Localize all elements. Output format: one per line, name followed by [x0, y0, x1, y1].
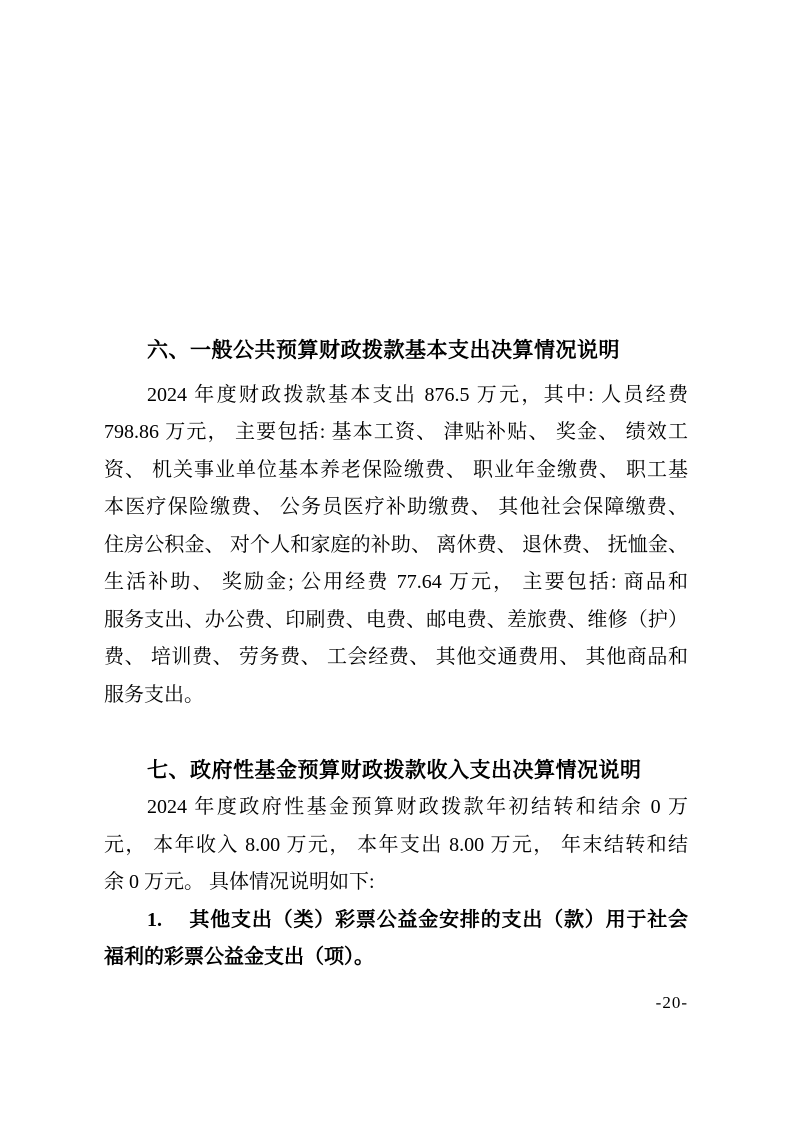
section-6-paragraph: 2024 年度财政拨款基本支出 876.5 万元，其中: 人员经费798.86 … — [104, 377, 688, 715]
text-line: 费、 培训费、 劳务费、 工会经费、 其他交通费用、 其他商品和 — [104, 639, 688, 677]
text-line: 服务支出。 — [104, 677, 688, 715]
text-line: 2024 年度财政拨款基本支出 876.5 万元，其中: 人员经费 — [104, 377, 688, 415]
text-line: 住房公积金、 对个人和家庭的补助、 离休费、 退休费、 抚恤金、 — [104, 527, 688, 565]
text-line: 资、 机关事业单位基本养老保险缴费、 职业年金缴费、 职工基 — [104, 452, 688, 490]
text-line: 元， 本年收入 8.00 万元， 本年支出 8.00 万元， 年末结转和结 — [104, 827, 688, 865]
page-number: -20- — [656, 993, 688, 1013]
section-7-paragraph: 2024 年度政府性基金预算财政拨款年初结转和结余 0 万元， 本年收入 8.0… — [104, 789, 688, 902]
section-6-heading: 六、一般公共预算财政拨款基本支出决算情况说明 — [104, 332, 688, 370]
text-line: 生活补助、 奖励金; 公用经费 77.64 万元， 主要包括: 商品和 — [104, 564, 688, 602]
text-line: 1. 其他支出（类）彩票公益金安排的支出（款）用于社会 — [104, 902, 688, 940]
section-7-item-1: 1. 其他支出（类）彩票公益金安排的支出（款）用于社会福利的彩票公益金支出（项）… — [104, 902, 688, 977]
document-content: 六、一般公共预算财政拨款基本支出决算情况说明 2024 年度财政拨款基本支出 8… — [104, 332, 688, 977]
document-page: 六、一般公共预算财政拨款基本支出决算情况说明 2024 年度财政拨款基本支出 8… — [0, 0, 793, 1122]
text-line: 余 0 万元。 具体情况说明如下: — [104, 864, 688, 902]
section-spacer — [104, 714, 688, 752]
section-7-heading: 七、政府性基金预算财政拨款收入支出决算情况说明 — [104, 752, 688, 790]
text-line: 798.86 万元， 主要包括: 基本工资、 津贴补贴、 奖金、 绩效工 — [104, 414, 688, 452]
text-line: 2024 年度政府性基金预算财政拨款年初结转和结余 0 万 — [104, 789, 688, 827]
text-line: 服务支出、办公费、印刷费、电费、邮电费、差旅费、维修（护） — [104, 602, 688, 640]
text-line: 福利的彩票公益金支出（项）。 — [104, 939, 688, 977]
text-line: 本医疗保险缴费、 公务员医疗补助缴费、 其他社会保障缴费、 — [104, 489, 688, 527]
